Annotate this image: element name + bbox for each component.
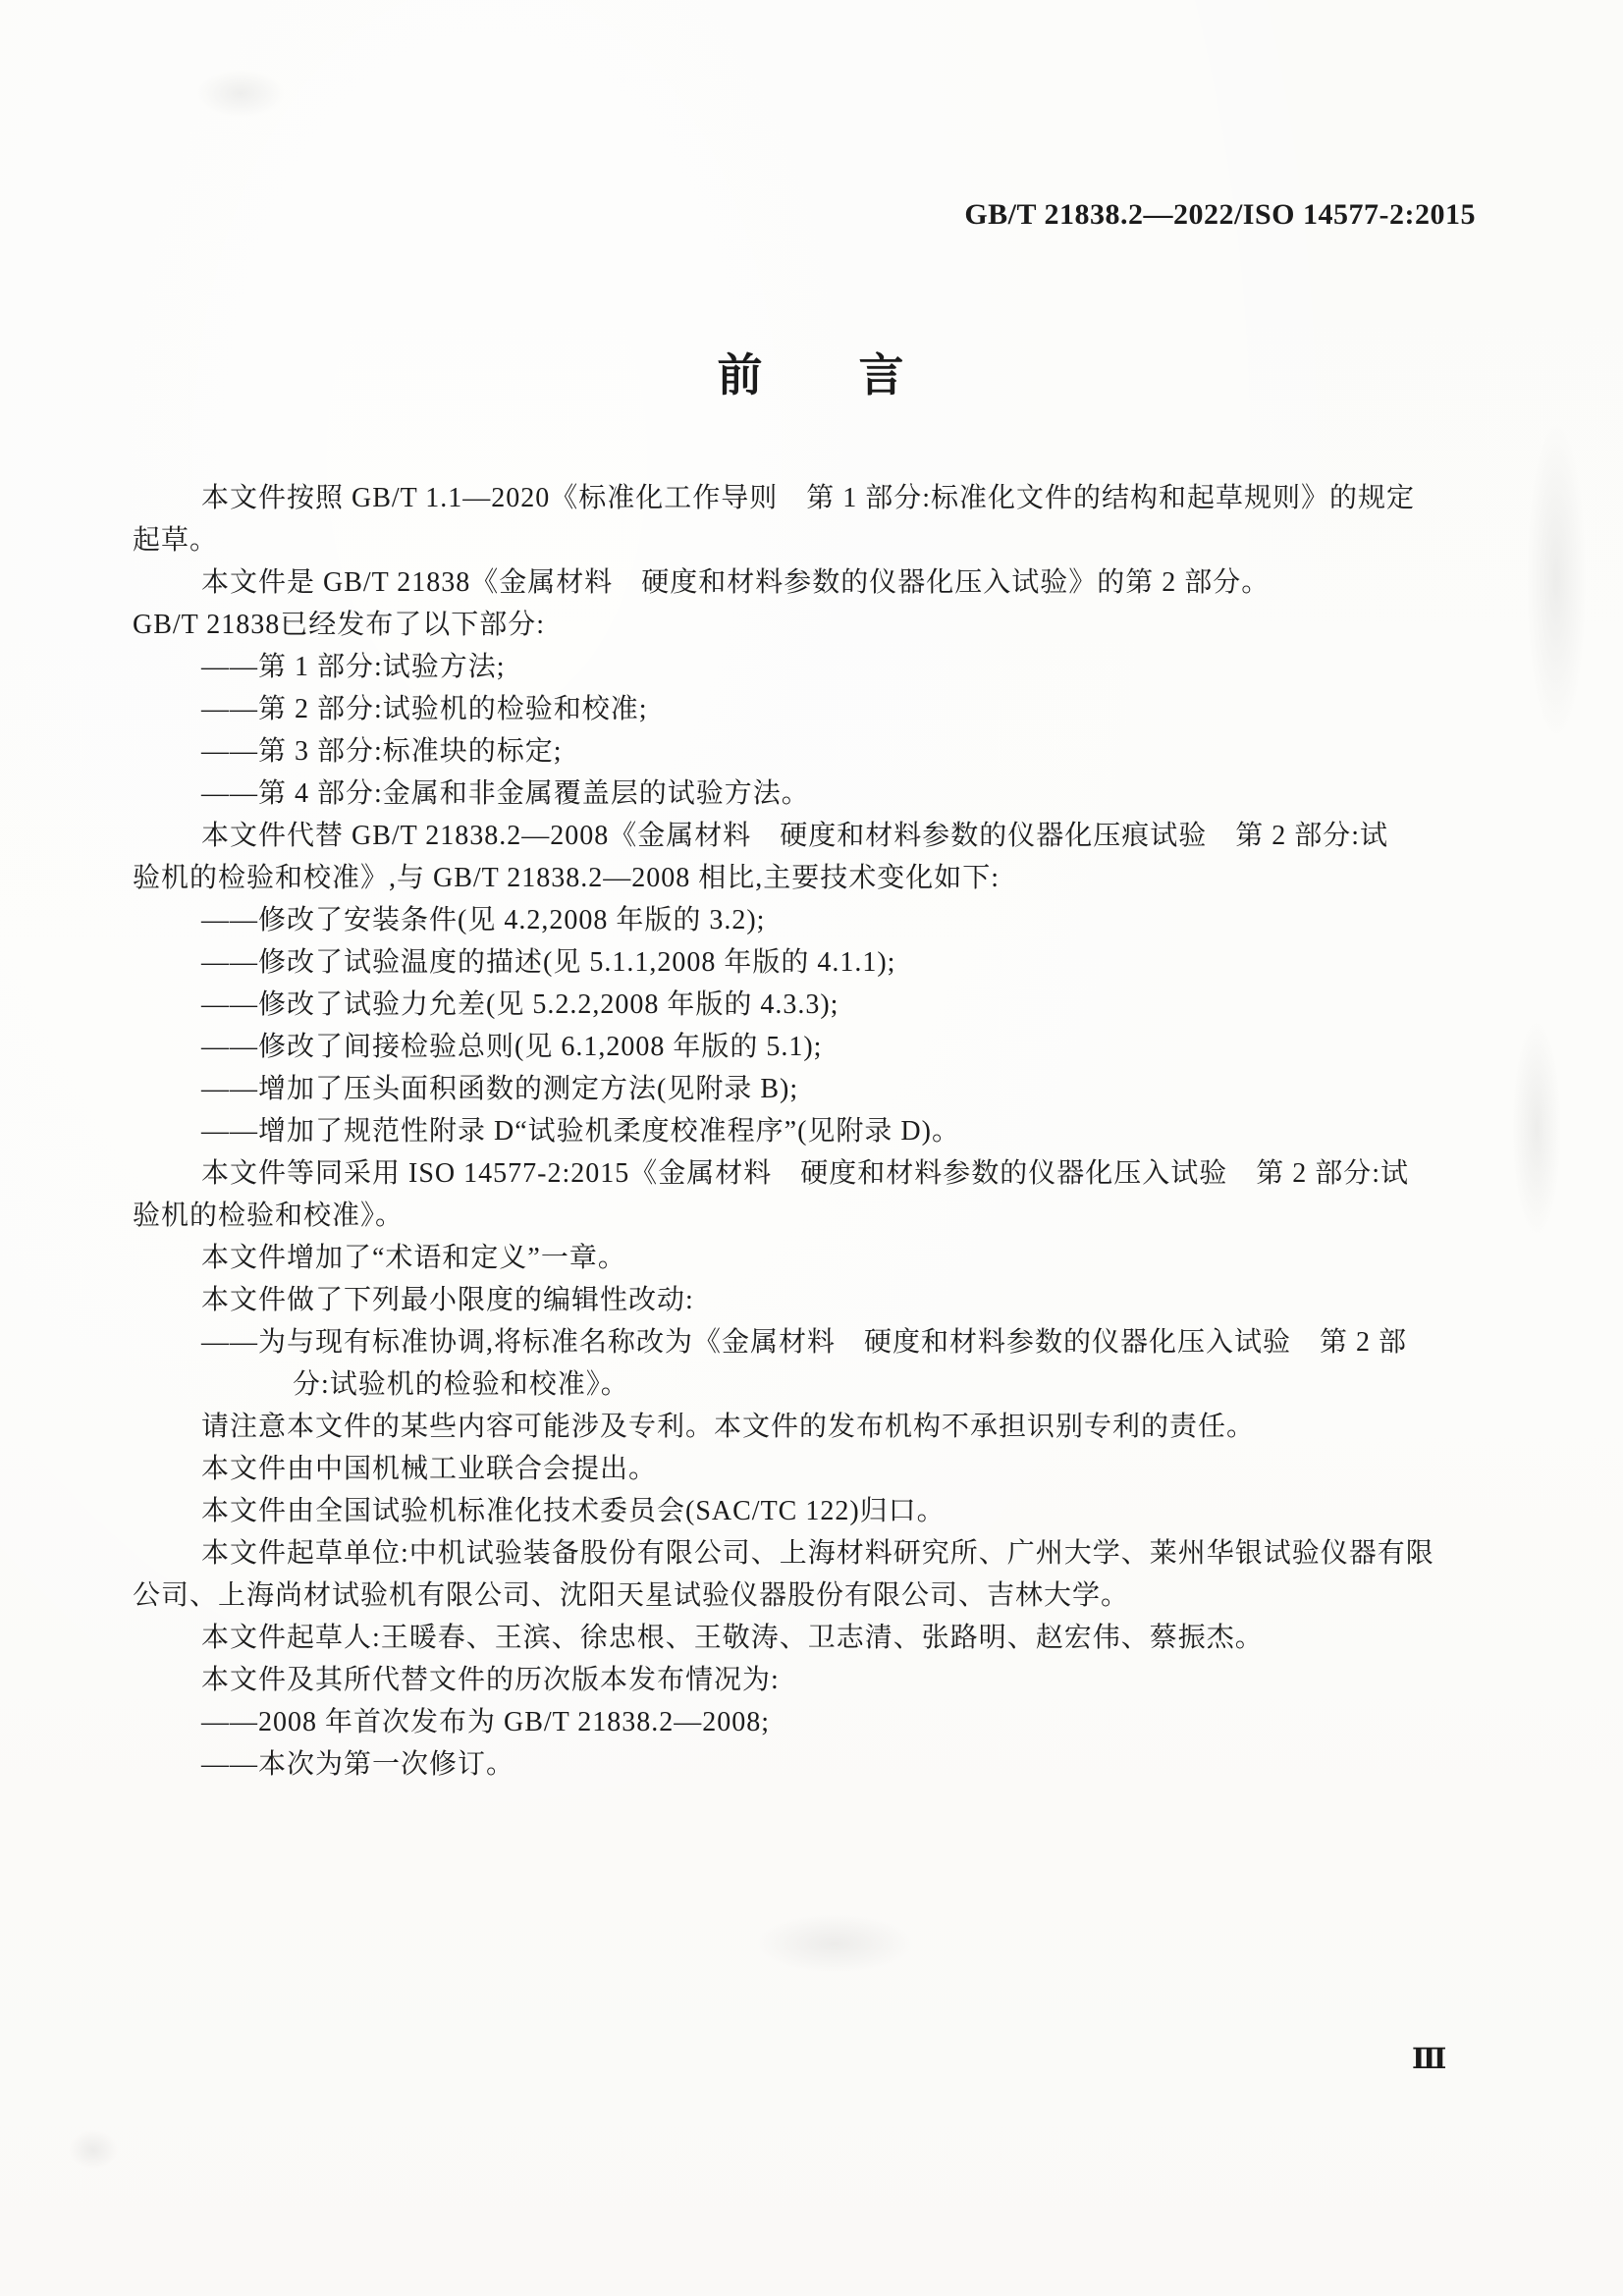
text-line: 起草。 <box>133 519 1502 561</box>
text-line: ——第 2 部分:试验机的检验和校准; <box>133 688 1502 730</box>
text-line: ——第 1 部分:试验方法; <box>133 646 1502 688</box>
text-line: 验机的检验和校准》,与 GB/T 21838.2—2008 相比,主要技术变化如… <box>133 857 1502 899</box>
text-line: ——增加了规范性附录 D“试验机柔度校准程序”(见附录 D)。 <box>133 1110 1502 1152</box>
document-page: GB/T 21838.2—2022/ISO 14577-2:2015 前 言 本… <box>0 0 1623 2296</box>
text-line: ——第 3 部分:标准块的标定; <box>133 730 1502 773</box>
text-line: 本文件由全国试验机标准化技术委员会(SAC/TC 122)归口。 <box>133 1490 1502 1532</box>
scan-artifact <box>1527 422 1586 736</box>
text-line: 公司、上海尚材试验机有限公司、沈阳天星试验仪器股份有限公司、吉林大学。 <box>133 1575 1502 1617</box>
page-number: Ⅲ <box>1412 2042 1447 2076</box>
text-line: 请注意本文件的某些内容可能涉及专利。本文件的发布机构不承担识别专利的责任。 <box>133 1406 1502 1448</box>
text-line: ——修改了间接检验总则(见 6.1,2008 年版的 5.1); <box>133 1026 1502 1068</box>
text-line: 分:试验机的检验和校准》。 <box>133 1363 1502 1406</box>
text-line: 本文件是 GB/T 21838《金属材料 硬度和材料参数的仪器化压入试验》的第 … <box>133 561 1502 604</box>
scan-artifact <box>69 2130 118 2169</box>
text-line: 本文件起草单位:中机试验装备股份有限公司、上海材料研究所、广州大学、莱州华银试验… <box>133 1532 1502 1575</box>
text-line: 本文件及其所代替文件的历次版本发布情况为: <box>133 1659 1502 1701</box>
scan-artifact <box>756 1914 913 1973</box>
text-line: ——修改了试验温度的描述(见 5.1.1,2008 年版的 4.1.1); <box>133 941 1502 984</box>
text-line: ——修改了安装条件(见 4.2,2008 年版的 3.2); <box>133 899 1502 941</box>
text-line: 验机的检验和校准》。 <box>133 1195 1502 1237</box>
text-line: 本文件等同采用 ISO 14577-2:2015《金属材料 硬度和材料参数的仪器… <box>133 1152 1502 1195</box>
scan-artifact <box>1512 1021 1561 1237</box>
text-line: ——第 4 部分:金属和非金属覆盖层的试验方法。 <box>133 773 1502 815</box>
text-line: 本文件增加了“术语和定义”一章。 <box>133 1237 1502 1279</box>
text-line: ——修改了试验力允差(见 5.2.2,2008 年版的 4.3.3); <box>133 984 1502 1026</box>
text-line: 本文件起草人:王暖春、王滨、徐忠根、王敬涛、卫志清、张路明、赵宏伟、蔡振杰。 <box>133 1617 1502 1659</box>
text-line: 本文件代替 GB/T 21838.2—2008《金属材料 硬度和材料参数的仪器化… <box>133 815 1502 857</box>
page-title: 前 言 <box>0 340 1623 404</box>
text-line: ——增加了压头面积函数的测定方法(见附录 B); <box>133 1068 1502 1110</box>
standard-number-header: GB/T 21838.2—2022/ISO 14577-2:2015 <box>133 198 1476 232</box>
text-line: 本文件按照 GB/T 1.1—2020《标准化工作导则 第 1 部分:标准化文件… <box>133 477 1502 519</box>
text-line: ——本次为第一次修订。 <box>133 1743 1502 1786</box>
text-line: ——为与现有标准协调,将标准名称改为《金属材料 硬度和材料参数的仪器化压入试验 … <box>133 1321 1502 1363</box>
text-line: ——2008 年首次发布为 GB/T 21838.2—2008; <box>133 1701 1502 1743</box>
text-line: GB/T 21838已经发布了以下部分: <box>133 604 1502 646</box>
scan-artifact <box>196 69 285 118</box>
text-line: 本文件由中国机械工业联合会提出。 <box>133 1448 1502 1490</box>
foreword-body: 本文件按照 GB/T 1.1—2020《标准化工作导则 第 1 部分:标准化文件… <box>133 477 1502 1786</box>
text-line: 本文件做了下列最小限度的编辑性改动: <box>133 1279 1502 1321</box>
